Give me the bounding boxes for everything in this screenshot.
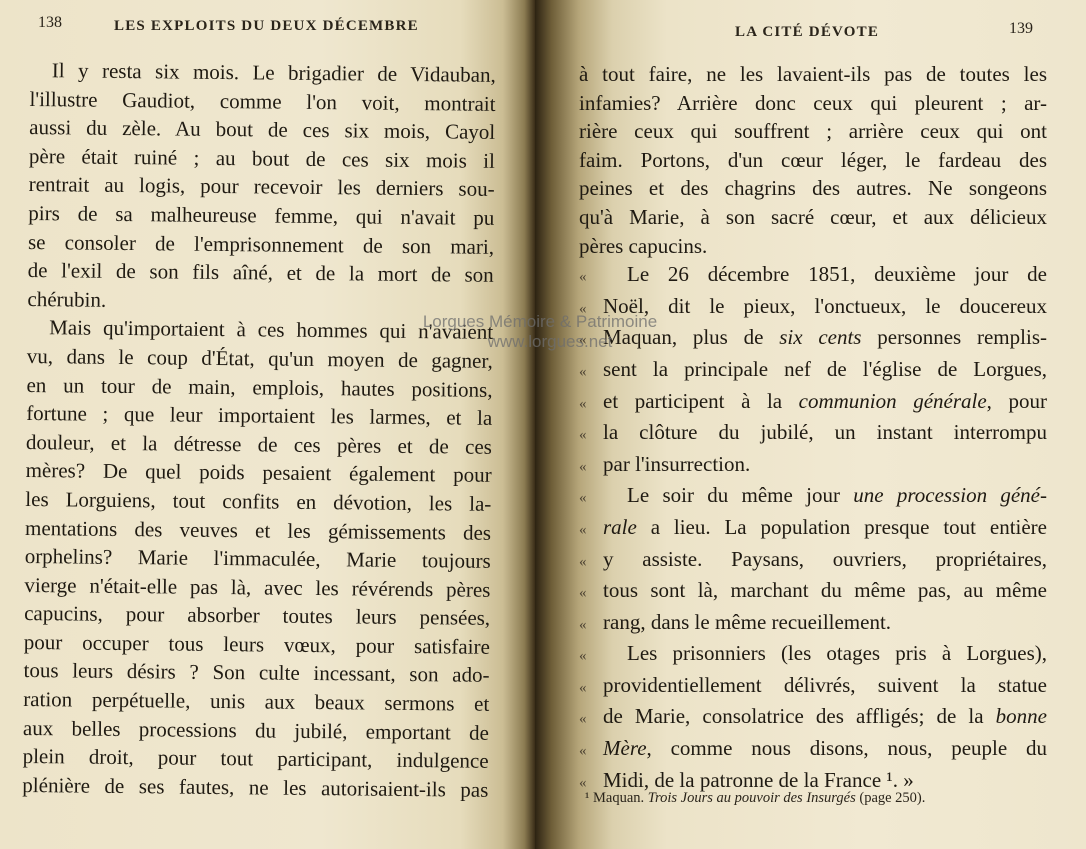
line-text: plein droit, pour tout participant, indu… [23, 744, 489, 773]
text-line: «Le 26 décembre 1851, deuxième jour de [579, 260, 1047, 292]
italic-text: bonne [996, 704, 1047, 728]
line-text: faim. Portons, d'un cœur léger, le farde… [579, 148, 1047, 172]
text-line: les Lorguiens, tout confits en dévotion,… [25, 485, 491, 518]
line-text: a lieu. La population presque tout entiè… [637, 515, 1047, 539]
line-text: qu'à Marie, à son sacré cœur, et aux dél… [579, 205, 1047, 229]
italic-text: une procession géné- [853, 483, 1047, 507]
line-text: en un tour de main, emplois, hautes posi… [26, 373, 492, 402]
right-running-head: LA CITÉ DÉVOTE [735, 24, 879, 41]
text-line: fortune ; que leur importaient les larme… [26, 399, 492, 432]
line-text: la clôture du jubilé, un instant interro… [603, 420, 1047, 444]
line-text: par l'insurrection. [603, 452, 750, 476]
line-text: plénière de ses fautes, ne les autorisai… [22, 773, 488, 802]
quote-mark: « [579, 390, 603, 419]
line-text: de Marie, consolatrice des affligés; de … [603, 704, 996, 728]
line-text: vierge n'était-elle pas là, avec les rév… [24, 573, 490, 602]
text-line: «Mère, comme nous disons, nous, peuple d… [579, 734, 1047, 766]
text-line: infamies? Arrière donc ceux qui pleurent… [579, 89, 1047, 118]
right-page: LA CITÉ DÉVOTE 139 à tout faire, ne les … [535, 0, 1086, 849]
line-text: peines et des chagrins des autres. Ne so… [579, 176, 1047, 200]
line-text: et participent à la [603, 389, 799, 413]
text-line: qu'à Marie, à son sacré cœur, et aux dél… [579, 203, 1047, 232]
text-line: peines et des chagrins des autres. Ne so… [579, 174, 1047, 203]
quote-mark: « [579, 548, 603, 577]
italic-text: communion générale [799, 389, 987, 413]
text-line: «Les prisonniers (les otages pris à Lorg… [579, 639, 1047, 671]
line-text: père était ruiné ; au bout de ces six mo… [29, 144, 495, 173]
quote-mark: « [579, 326, 603, 355]
line-text: providentiellement délivrés, suivent la … [603, 673, 1047, 697]
line-text: aux belles processions du jubilé, emport… [23, 716, 489, 745]
line-text: sent la principale nef de l'église de Lo… [603, 357, 1047, 381]
text-line: Il y resta six mois. Le brigadier de Vid… [30, 56, 496, 89]
line-text: chérubin. [27, 287, 106, 312]
quote-mark: « [579, 358, 603, 387]
text-line: «rang, dans le même recueillement. [579, 608, 1047, 640]
text-line: vu, dans le coup d'État, qu'un moyen de … [27, 342, 493, 375]
line-text: Les prisonniers (les otages pris à Lorgu… [627, 641, 1047, 665]
line-text: pour occuper tous leurs vœux, pour satis… [24, 630, 490, 659]
text-line: «rale a lieu. La population presque tout… [579, 513, 1047, 545]
italic-text: rale [603, 515, 637, 539]
footnote-ref: (page 250). [859, 790, 925, 806]
text-line: «providentiellement délivrés, suivent la… [579, 671, 1047, 703]
right-page-number: 139 [1009, 20, 1033, 38]
left-running-head: LES EXPLOITS DU DEUX DÉCEMBRE [114, 18, 419, 35]
text-line: «Noël, dit le pieux, l'onctueux, le douc… [579, 292, 1047, 324]
line-text: capucins, pour absorber toutes leurs pen… [24, 601, 490, 630]
line-text: mères? De quel poids pesaient également … [26, 458, 492, 487]
line-text: douleur, et la détresse de ces pères et … [26, 430, 492, 459]
text-line: «la clôture du jubilé, un instant interr… [579, 418, 1047, 450]
quote-mark: « [579, 295, 603, 324]
line-text: de l'exil de son fils aîné, et de la mor… [28, 258, 494, 287]
line-text: mentations des veuves et les gémissement… [25, 515, 491, 544]
book-spread: 138 LES EXPLOITS DU DEUX DÉCEMBRE Il y r… [0, 0, 1086, 849]
line-text: Il y resta six mois. Le brigadier de Vid… [52, 58, 496, 87]
quote-mark: « [579, 579, 603, 608]
footnote: ¹ Maquan. Trois Jours au pouvoir des Ins… [585, 790, 925, 807]
left-page-body: Il y resta six mois. Le brigadier de Vid… [22, 56, 496, 804]
text-line: plénière de ses fautes, ne les autorisai… [22, 771, 488, 804]
text-line: aussi du zèle. Au bout de ces six mois, … [29, 113, 495, 146]
quote-mark: « [579, 453, 603, 482]
text-line: «et participent à la communion générale,… [579, 387, 1047, 419]
line-text: Le soir du même jour [627, 483, 853, 507]
quote-mark: « [579, 737, 603, 766]
quote-mark: « [579, 642, 627, 671]
quote-mark: « [579, 674, 603, 703]
text-line: rière ceux qui souffrent ; arrière ceux … [579, 117, 1047, 146]
text-line: «de Marie, consolatrice des affligés; de… [579, 702, 1047, 734]
line-text: vu, dans le coup d'État, qu'un moyen de … [27, 344, 493, 373]
italic-text: six cents [779, 325, 861, 349]
line-text: Mais qu'importaient à ces hommes qui n'a… [49, 316, 493, 345]
italic-text: Mère [603, 736, 647, 760]
text-line: plein droit, pour tout participant, indu… [23, 742, 489, 775]
footnote-title: Trois Jours au pouvoir des Insurgés [648, 790, 856, 806]
quote-mark: « [579, 611, 603, 640]
line-text: Noël, dit le pieux, l'onctueux, le douce… [603, 294, 1047, 318]
quote-mark: « [579, 484, 627, 513]
line-text: pères capucins. [579, 234, 707, 258]
left-page: 138 LES EXPLOITS DU DEUX DÉCEMBRE Il y r… [0, 0, 535, 849]
line-text: rang, dans le même recueillement. [603, 610, 891, 634]
line-text: personnes remplis- [861, 325, 1047, 349]
text-line: «tous sont là, marchant du même pas, au … [579, 576, 1047, 608]
quote-mark: « [579, 705, 603, 734]
line-text: Maquan, plus de [603, 325, 779, 349]
line-text: , comme nous disons, nous, peuple du [647, 736, 1047, 760]
right-page-body: à tout faire, ne les lavaient-ils pas de… [579, 60, 1047, 797]
line-text: y assiste. Paysans, ouvriers, propriétai… [603, 547, 1047, 571]
text-line: «sent la principale nef de l'église de L… [579, 355, 1047, 387]
line-text: Le 26 décembre 1851, deuxième jour de [627, 262, 1047, 286]
line-text: les Lorguiens, tout confits en dévotion,… [25, 487, 491, 516]
text-line: de l'exil de son fils aîné, et de la mor… [28, 256, 494, 289]
line-text: , pour [987, 389, 1047, 413]
line-text: ration perpétuelle, unis aux beaux sermo… [23, 687, 489, 716]
line-text: rière ceux qui souffrent ; arrière ceux … [579, 119, 1047, 143]
text-line: «y assiste. Paysans, ouvriers, propriéta… [579, 545, 1047, 577]
text-line: pères capucins. [579, 232, 1047, 261]
quote-mark: « [579, 263, 627, 292]
line-text: Midi, de la patronne de la France ¹. » [603, 768, 914, 792]
line-text: orphelins? Marie l'immaculée, Marie touj… [25, 544, 491, 573]
line-text: infamies? Arrière donc ceux qui pleurent… [579, 91, 1047, 115]
line-text: se consoler de l'emprisonnement de son m… [28, 230, 494, 259]
text-line: orphelins? Marie l'immaculée, Marie touj… [25, 542, 491, 575]
text-line: à tout faire, ne les lavaient-ils pas de… [579, 60, 1047, 89]
footnote-marker: ¹ [585, 790, 589, 806]
line-text: tous leurs désirs ? Son culte incessant,… [23, 658, 489, 687]
left-page-number: 138 [38, 14, 62, 32]
line-text: aussi du zèle. Au bout de ces six mois, … [29, 115, 495, 144]
text-line: «par l'insurrection. [579, 450, 1047, 482]
line-text: fortune ; que leur importaient les larme… [26, 401, 492, 430]
quote-mark: « [579, 516, 603, 545]
quote-mark: « [579, 421, 603, 450]
line-text: à tout faire, ne les lavaient-ils pas de… [579, 62, 1047, 86]
line-text: l'illustre Gaudiot, comme l'on voit, mon… [29, 87, 495, 116]
line-text: pirs de sa malheureuse femme, qui n'avai… [28, 201, 494, 230]
line-text: tous sont là, marchant du même pas, au m… [603, 578, 1047, 602]
line-text: rentrait au logis, pour recevoir les der… [29, 172, 495, 201]
text-line: «Maquan, plus de six cents personnes rem… [579, 323, 1047, 355]
text-line: ration perpétuelle, unis aux beaux sermo… [23, 685, 489, 718]
text-line: pirs de sa malheureuse femme, qui n'avai… [28, 199, 494, 232]
text-line: faim. Portons, d'un cœur léger, le farde… [579, 146, 1047, 175]
text-line: «Le soir du même jour une procession gén… [579, 481, 1047, 513]
footnote-author: Maquan. [593, 790, 644, 806]
